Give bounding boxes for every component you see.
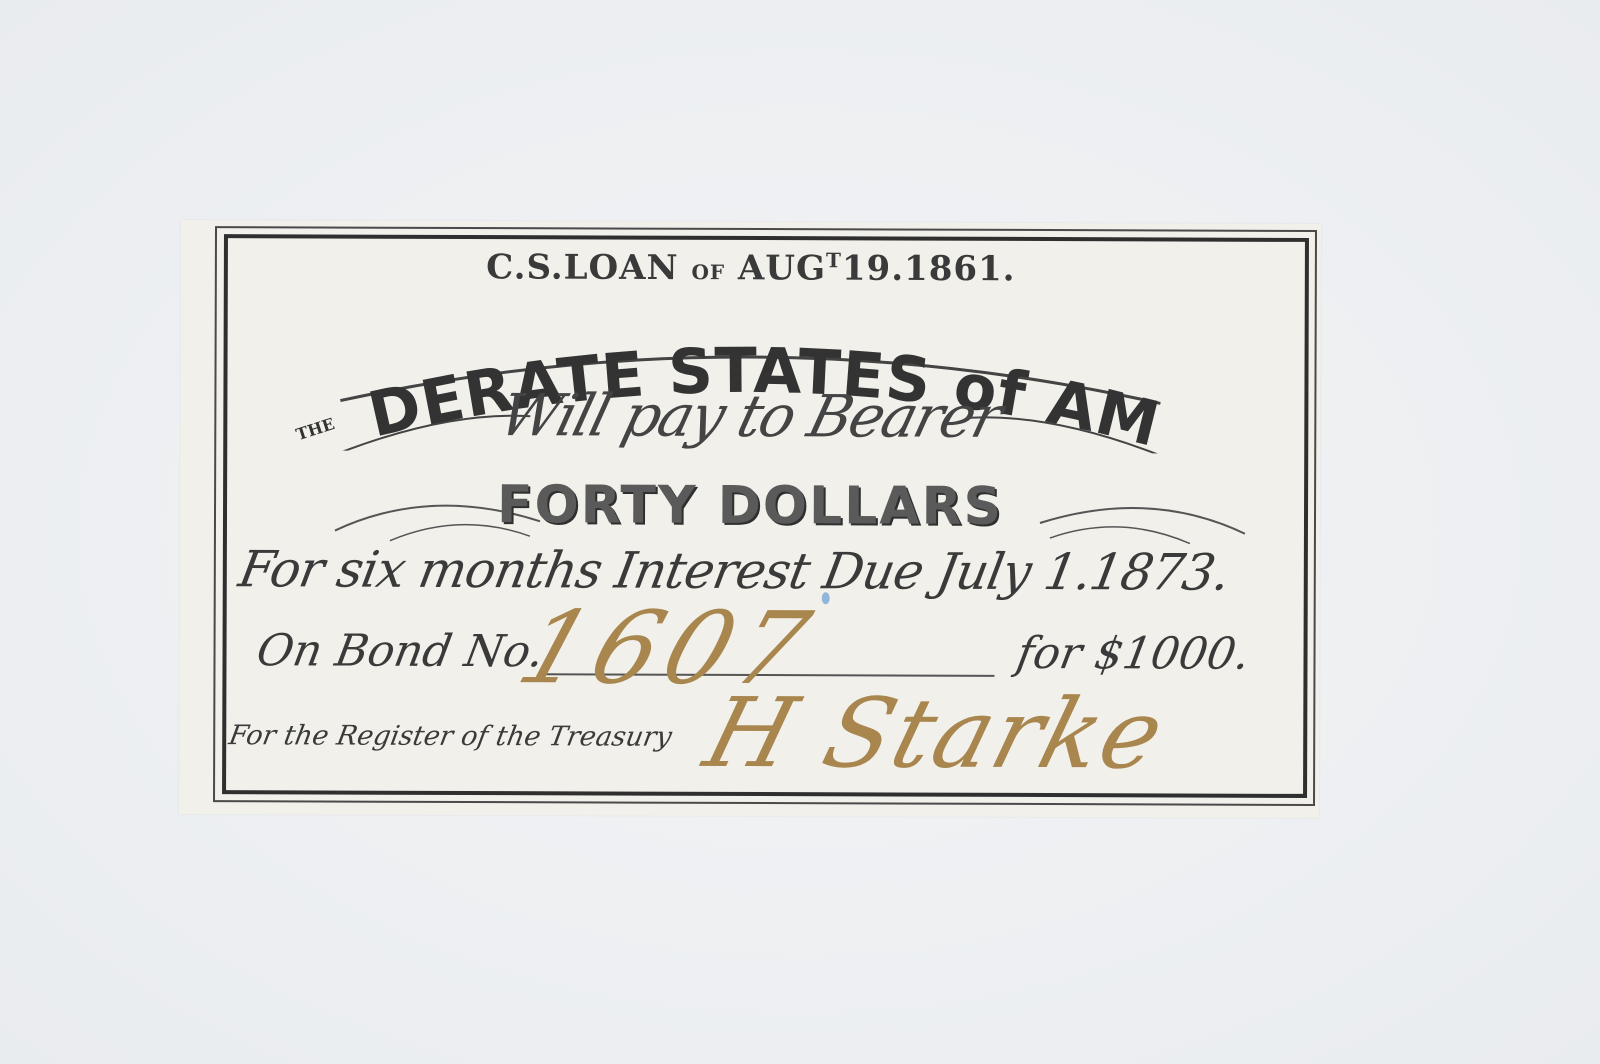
loan-heading: C.S.LOAN OF AUGT19.1861. xyxy=(181,246,1321,290)
loan-month-suffix: T xyxy=(826,248,842,272)
amount-text: FORTY DOLLARS xyxy=(180,474,1320,538)
loan-text: C.S.LOAN xyxy=(486,247,679,288)
loan-month: AUG xyxy=(738,248,826,288)
bond-value: for $1000. xyxy=(1013,628,1254,680)
ink-spot xyxy=(822,592,830,604)
loan-of: OF xyxy=(691,260,725,284)
coupon-paper: C.S.LOAN OF AUGT19.1861. CONFEDERATE STA… xyxy=(179,220,1321,818)
loan-date: 19.1861. xyxy=(842,249,1016,290)
register-label: For the Register of the Treasury xyxy=(226,720,674,753)
handwritten-signature: H Starke xyxy=(694,677,1177,790)
bond-label: On Bond No. xyxy=(253,625,548,677)
promise-text: Will pay to Bearer xyxy=(172,380,1329,452)
